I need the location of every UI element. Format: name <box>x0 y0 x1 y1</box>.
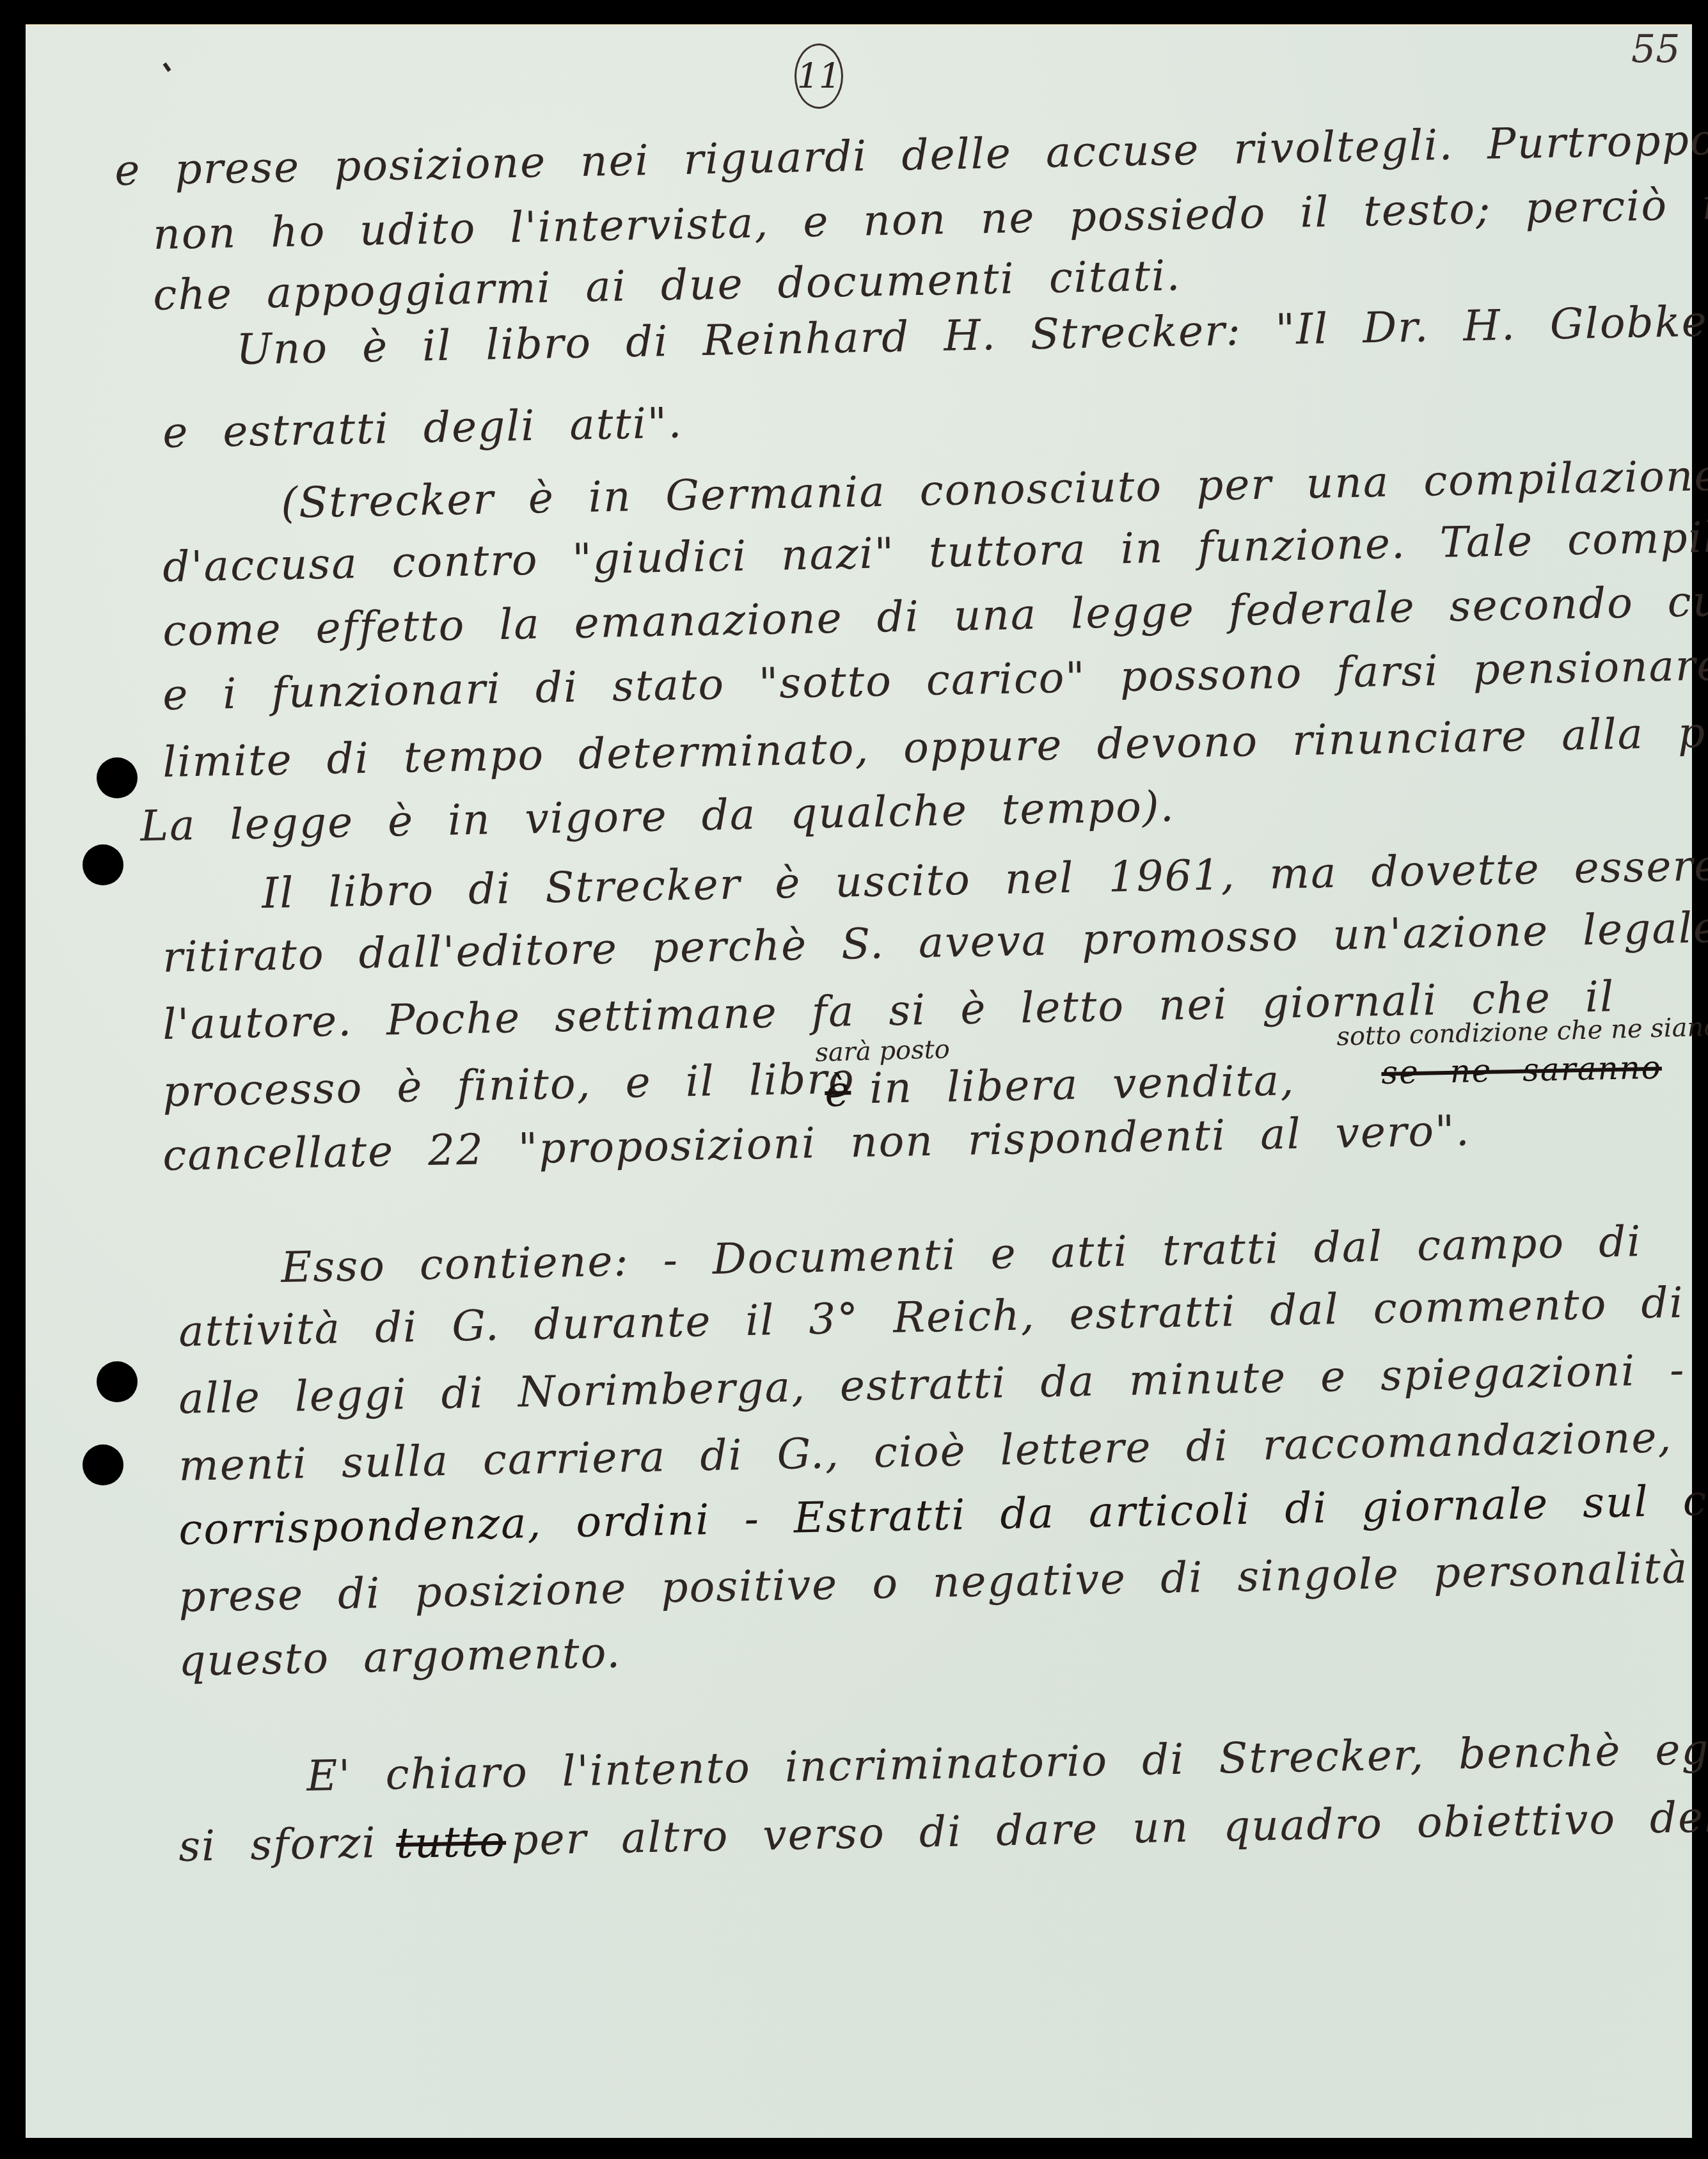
text-line-22: prese di posizione positive o negative d… <box>178 1542 1708 1622</box>
deleted-word: è <box>825 1066 852 1116</box>
text-line-1: e prese posizione nei riguardi delle acc… <box>115 115 1708 195</box>
text-line-15: processo è finito, e il libro <box>162 1054 856 1116</box>
punch-hole <box>83 1444 123 1485</box>
text-line-10: limite di tempo determinato, oppure devo… <box>162 704 1708 787</box>
text-line-24: E' chiaro l'intento incriminatorio di St… <box>306 1724 1708 1801</box>
deleted-phrase: se ne saranno <box>1381 1049 1663 1091</box>
text-line-12: Il libro di Strecker è uscito nel 1961, … <box>262 837 1708 918</box>
text-line-25b: per altro verso di dare un quadro obiett… <box>511 1792 1708 1865</box>
deleted-word-tutto: tutto <box>396 1817 507 1868</box>
text-line-15b: in libera vendita, <box>869 1056 1295 1113</box>
sheet-number-circled: 11 <box>795 43 843 109</box>
punch-hole <box>83 844 123 885</box>
text-line-17: Esso contiene: - Documenti e atti tratti… <box>281 1217 1643 1292</box>
text-line-25a: si sforzi <box>178 1818 377 1871</box>
text-line-6: (Strecker è in Germania conosciuto per u… <box>281 445 1708 528</box>
punch-hole <box>97 1361 138 1402</box>
text-line-11: La legge è in vigore da qualche tempo). <box>140 782 1176 851</box>
archive-page-number: 55 <box>1631 27 1680 72</box>
text-line-23: questo argomento. <box>178 1628 622 1686</box>
punch-hole <box>97 757 138 798</box>
text-line-16: cancellate 22 "proposizioni non risponde… <box>162 1106 1471 1180</box>
sheet-number: 11 <box>797 56 841 97</box>
text-line-19: alle leggi di Norimberga, estratti da mi… <box>178 1342 1708 1423</box>
manuscript-page: 11 55 e prese posizione nei riguardi del… <box>26 24 1692 2138</box>
ink-mark <box>163 63 171 72</box>
text-line-5: e estratti degli atti". <box>162 398 683 457</box>
text-line-20: menti sulla carriera di G., cioè lettere… <box>178 1412 1673 1491</box>
